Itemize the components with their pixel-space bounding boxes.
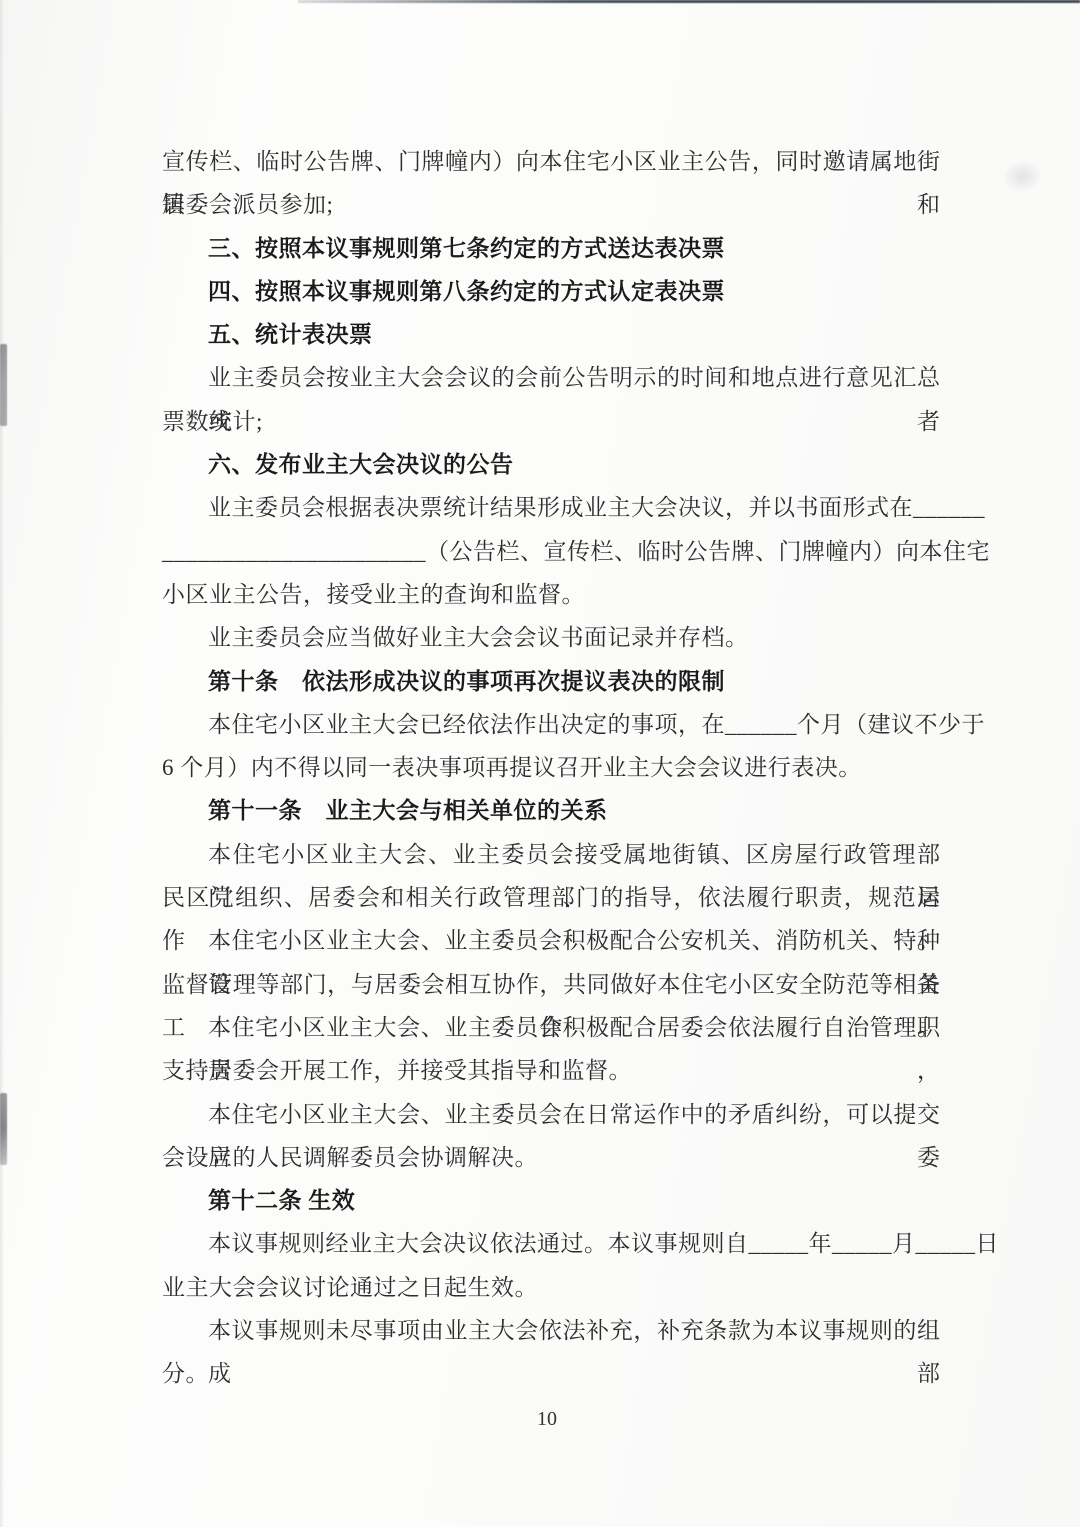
scan-faint-mark-artifact — [999, 156, 1045, 195]
scan-left-edge-shade — [0, 0, 4, 1527]
clause-heading-line: 三、按照本议事规则第七条约定的方式送达表决票 — [162, 227, 940, 270]
body-text-line: ______________________（公告栏、宣传栏、临时公告牌、门牌幢… — [162, 530, 940, 573]
body-text-line: 小区业主公告，接受业主的查询和监督。 — [162, 573, 940, 616]
scanned-document-page: 宣传栏、临时公告牌、门牌幢内）向本住宅小区业主公告，同时邀请属地街镇和居委会派员… — [0, 0, 1080, 1527]
scan-top-edge-artifact — [298, 0, 1080, 3]
clause-heading-line: 六、发布业主大会决议的公告 — [162, 443, 940, 486]
body-text-line: 6 个月）内不得以同一表决事项再提议召开业主大会会议进行表决。 — [162, 746, 940, 789]
scan-smudge-artifact — [0, 344, 7, 426]
body-text-line: 业主委员会根据表决票统计结果形成业主大会决议，并以书面形式在______ — [162, 486, 940, 529]
body-text-line: 监督管理等部门，与居委会相互协作，共同做好本住宅小区安全防范等相关工作。 — [162, 963, 940, 1006]
body-text-line: 本议事规则经业主大会决议依法通过。本议事规则自_____年_____月_____… — [162, 1222, 940, 1265]
body-text-line: 民区党组织、居委会和相关行政管理部门的指导，依法履行职责，规范运作。 — [162, 876, 940, 919]
body-text-line: 业主委员会应当做好业主大会会议书面记录并存档。 — [162, 616, 940, 659]
body-text-line: 本住宅小区业主大会、业主委员会积极配合居委会依法履行自治管理职责， — [162, 1006, 940, 1049]
page-number: 10 — [0, 1408, 1080, 1431]
body-text-line: 业主委员会按业主大会会议的会前公告明示的时间和地点进行意见汇总或者 — [162, 356, 940, 399]
clause-heading-line: 第十条 依法形成决议的事项再次提议表决的限制 — [162, 660, 940, 703]
clause-heading-line: 五、统计表决票 — [162, 313, 940, 356]
text-block: 宣传栏、临时公告牌、门牌幢内）向本住宅小区业主公告，同时邀请属地街镇和居委会派员… — [162, 140, 940, 1396]
body-text-line: 本议事规则未尽事项由业主大会依法补充，补充条款为本议事规则的组成部 — [162, 1309, 940, 1352]
body-text-line: 本住宅小区业主大会已经依法作出决定的事项，在______个月（建议不少于 — [162, 703, 940, 746]
body-text-line: 本住宅小区业主大会、业主委员会在日常运作中的矛盾纠纷，可以提交居委 — [162, 1093, 940, 1136]
body-text-line: 宣传栏、临时公告牌、门牌幢内）向本住宅小区业主公告，同时邀请属地街镇和 — [162, 140, 940, 183]
clause-heading-line: 四、按照本议事规则第八条约定的方式认定表决票 — [162, 270, 940, 313]
body-text-line: 业主大会会议讨论通过之日起生效。 — [162, 1266, 940, 1309]
body-text-line: 本住宅小区业主大会、业主委员会积极配合公安机关、消防机关、特种设备 — [162, 919, 940, 962]
clause-heading-line: 第十二条 生效 — [162, 1179, 940, 1222]
scan-smudge-artifact — [0, 1093, 7, 1165]
body-text-line: 本住宅小区业主大会、业主委员会接受属地街镇、区房屋行政管理部门、居 — [162, 833, 940, 876]
clause-heading-line: 第十一条 业主大会与相关单位的关系 — [162, 789, 940, 832]
